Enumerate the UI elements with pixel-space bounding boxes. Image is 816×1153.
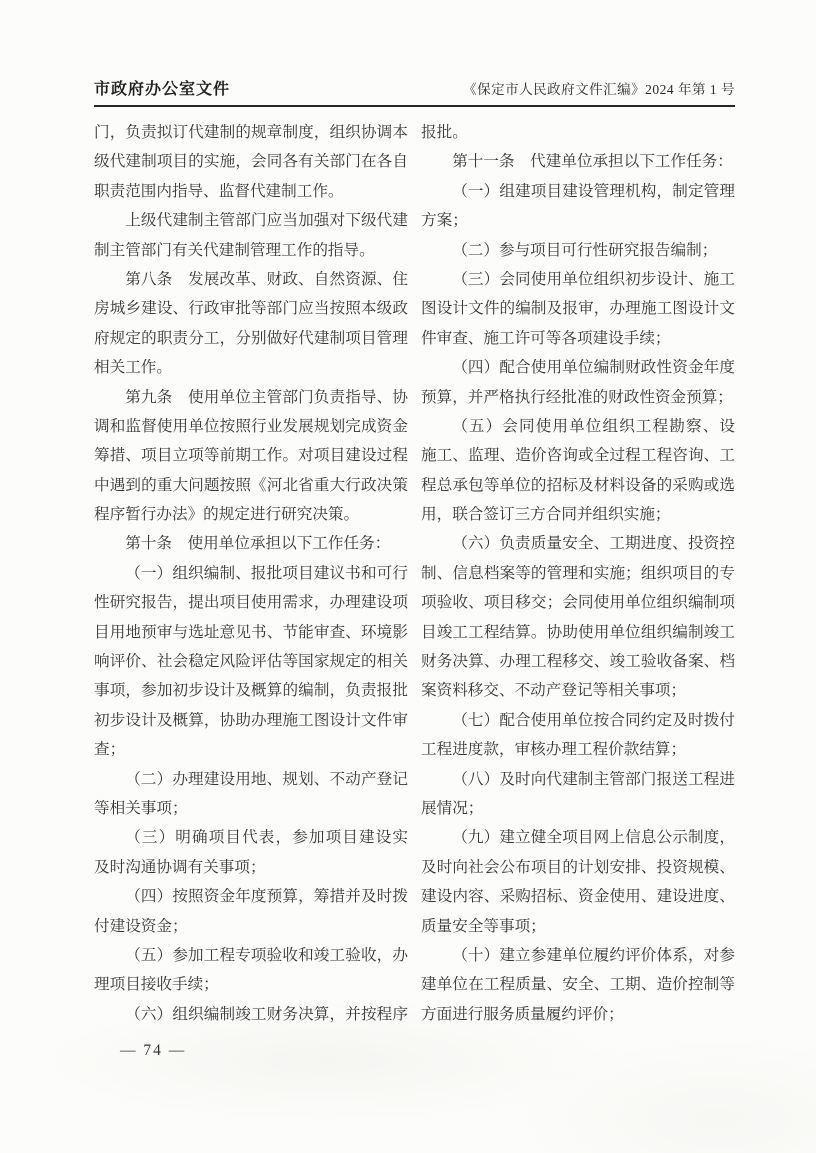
page-header: 市政府办公室文件 《保定市人民政府文件汇编》2024 年第 1 号 [94, 76, 735, 107]
text-line: 第九条 使用单位主管部门负责指导、协 [94, 383, 408, 412]
text-line: 上级代建制主管部门应当加强对下级代建 [94, 206, 408, 235]
text-line: 职责范围内指导、监督代建制工作。 [94, 177, 408, 206]
text-line: 理项目接收手续； [94, 970, 408, 999]
text-line: 工程进度款，审核办理工程价款结算； [421, 735, 735, 764]
text-line: （六）组织编制竣工财务决算，并按程序 [94, 1000, 408, 1029]
text-line: 房城乡建设、行政审批等部门应当按照本级政 [94, 294, 408, 323]
text-line: 等相关事项； [94, 794, 408, 823]
text-line: （三）会同使用单位组织初步设计、施工 [421, 265, 735, 294]
text-line: 项验收、项目移交；会同使用单位组织编制项 [421, 588, 735, 617]
text-line: （五）参加工程专项验收和竣工验收，办 [94, 941, 408, 970]
text-line: 调和监督使用单位按照行业发展规划完成资金 [94, 412, 408, 441]
header-left-title: 市政府办公室文件 [94, 76, 230, 99]
text-line: 目用地预审与选址意见书、节能审查、环境影 [94, 618, 408, 647]
text-line: 程总承包等单位的招标及材料设备的采购或选 [421, 471, 735, 500]
text-line: 级代建制项目的实施，会同各有关部门在各自 [94, 147, 408, 176]
text-line: 初步设计及概算，协助办理施工图设计文件审 [94, 706, 408, 735]
text-line: 展情况； [421, 794, 735, 823]
text-line: （二）办理建设用地、规划、不动产登记 [94, 765, 408, 794]
text-line: 相关工作。 [94, 353, 408, 382]
text-line: 第十一条 代建单位承担以下工作任务： [421, 147, 735, 176]
text-line: 付建设资金； [94, 912, 408, 941]
text-line: 图设计文件的编制及报审，办理施工图设计文 [421, 294, 735, 323]
text-line: 建设内容、采购招标、资金使用、建设进度、 [421, 882, 735, 911]
text-line: 筹措、项目立项等前期工作。对项目建设过程 [94, 441, 408, 470]
text-line: 质量安全等事项； [421, 912, 735, 941]
text-line: （十）建立参建单位履约评价体系，对参 [421, 941, 735, 970]
text-line: （二）参与项目可行性研究报告编制； [421, 236, 735, 265]
text-line: 目竣工工程结算。协助使用单位组织编制竣工 [421, 618, 735, 647]
document-body: 门，负责拟订代建制的规章制度，组织协调本级代建制项目的实施，会同各有关部门在各自… [94, 118, 735, 1029]
text-line: 及时向社会公布项目的计划安排、投资规模、 [421, 853, 735, 882]
text-line: 预算，并严格执行经批准的财政性资金预算； [421, 383, 735, 412]
page-footer: — 74 — [94, 1042, 735, 1060]
text-line: （八）及时向代建制主管部门报送工程进 [421, 765, 735, 794]
text-line: 查； [94, 735, 408, 764]
text-line: 事项，参加初步设计及概算的编制，负责报批 [94, 676, 408, 705]
page-number: — 74 — [120, 1042, 186, 1059]
text-line: 响评价、社会稳定风险评估等国家规定的相关 [94, 647, 408, 676]
right-column: 报批。第十一条 代建单位承担以下工作任务：（一）组建项目建设管理机构，制定管理方… [421, 118, 735, 1029]
text-line: （九）建立健全项目网上信息公示制度， [421, 823, 735, 852]
text-line: 件审查、施工许可等各项建设手续； [421, 324, 735, 353]
text-line: （五）会同使用单位组织工程勘察、设计、 [421, 412, 735, 441]
header-right-title: 《保定市人民政府文件汇编》2024 年第 1 号 [463, 78, 735, 99]
left-column: 门，负责拟订代建制的规章制度，组织协调本级代建制项目的实施，会同各有关部门在各自… [94, 118, 408, 1029]
text-line: 制、信息档案等的管理和实施；组织项目的专 [421, 559, 735, 588]
text-line: （一）组织编制、报批项目建议书和可行 [94, 559, 408, 588]
text-line: 程序暂行办法》的规定进行研究决策。 [94, 500, 408, 529]
text-line: （四）配合使用单位编制财政性资金年度 [421, 353, 735, 382]
text-line: 用，联合签订三方合同并组织实施； [421, 500, 735, 529]
text-line: 方面进行服务质量履约评价； [421, 1000, 735, 1029]
text-line: 施工、监理、造价咨询或全过程工程咨询、工 [421, 441, 735, 470]
document-page: 市政府办公室文件 《保定市人民政府文件汇编》2024 年第 1 号 门，负责拟订… [0, 0, 816, 1153]
text-line: 门，负责拟订代建制的规章制度，组织协调本 [94, 118, 408, 147]
text-line: 报批。 [421, 118, 735, 147]
text-line: 制主管部门有关代建制管理工作的指导。 [94, 236, 408, 265]
text-line: 府规定的职责分工，分别做好代建制项目管理 [94, 324, 408, 353]
text-line: 方案； [421, 206, 735, 235]
text-line: 建单位在工程质量、安全、工期、造价控制等 [421, 970, 735, 999]
text-line: （七）配合使用单位按合同约定及时拨付 [421, 706, 735, 735]
text-line: （六）负责质量安全、工期进度、投资控 [421, 529, 735, 558]
text-line: 案资料移交、不动产登记等相关事项； [421, 676, 735, 705]
text-line: 第十条 使用单位承担以下工作任务： [94, 529, 408, 558]
text-line: （三）明确项目代表，参加项目建设实施， [94, 823, 408, 852]
text-line: （四）按照资金年度预算，筹措并及时拨 [94, 882, 408, 911]
text-line: 中遇到的重大问题按照《河北省重大行政决策 [94, 471, 408, 500]
text-line: （一）组建项目建设管理机构，制定管理 [421, 177, 735, 206]
text-line: 性研究报告，提出项目使用需求，办理建设项 [94, 588, 408, 617]
text-line: 财务决算、办理工程移交、竣工验收备案、档 [421, 647, 735, 676]
text-line: 第八条 发展改革、财政、自然资源、住 [94, 265, 408, 294]
text-line: 及时沟通协调有关事项； [94, 853, 408, 882]
